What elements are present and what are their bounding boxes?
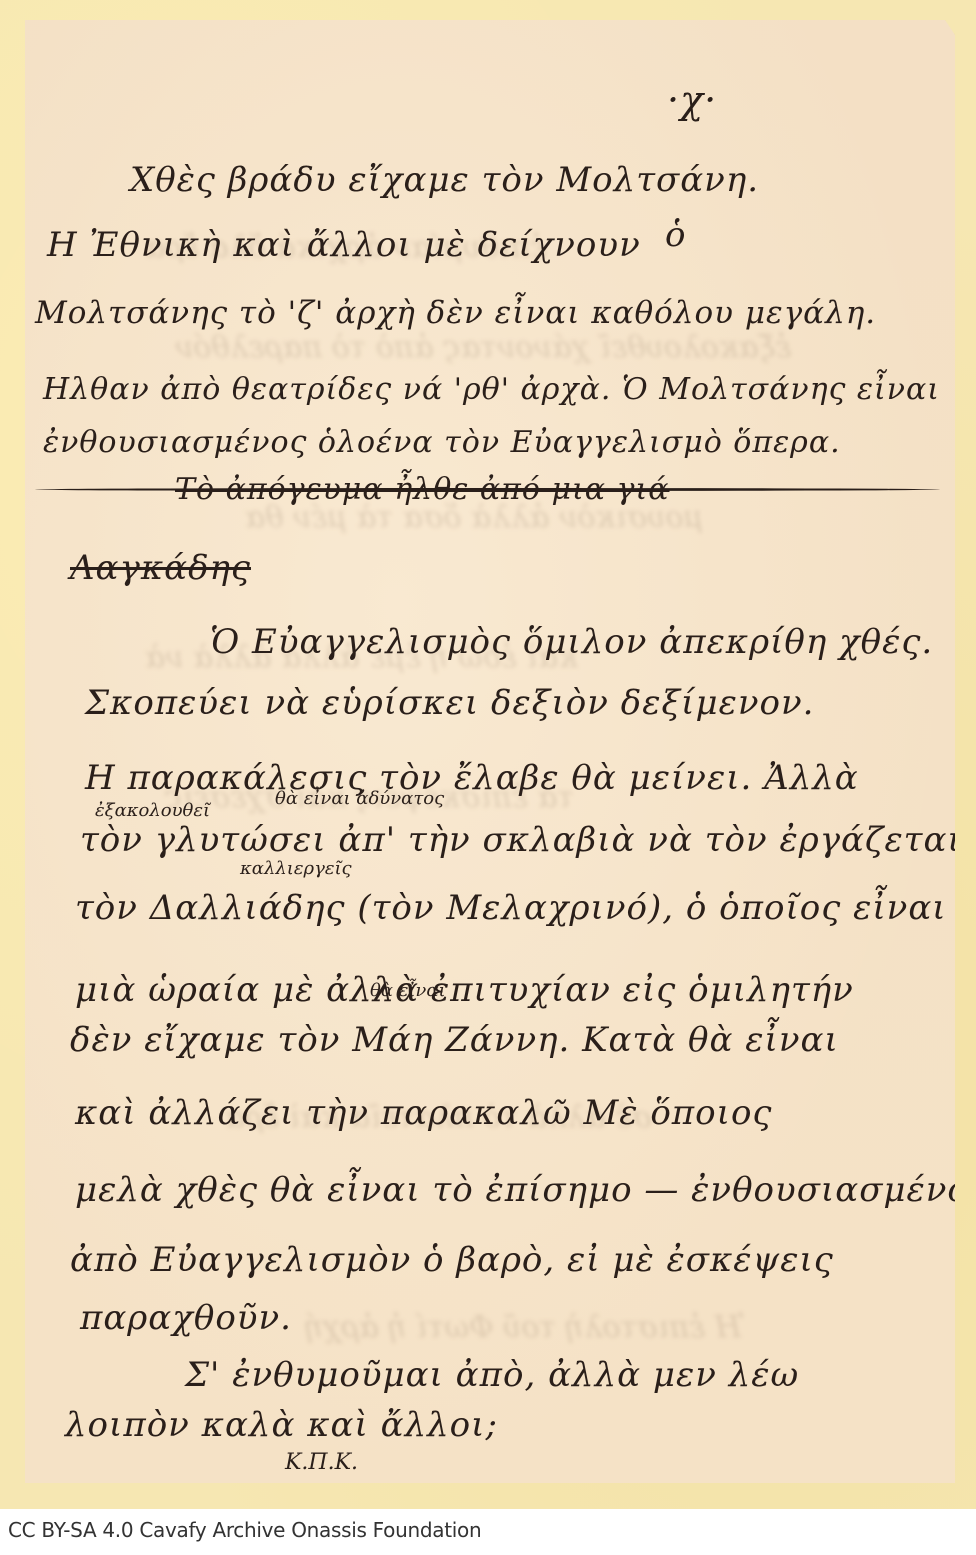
page-marker: ·χ·	[667, 78, 717, 122]
manuscript-line: μελὰ χθὲς θὰ εἶναι τὸ ἐπίσημο — ἐνθουσια…	[75, 1170, 976, 1210]
manuscript-line: Σ' ἐνθυμοῦμαι ἀπὸ, ἀλλὰ μεν λέω	[185, 1355, 799, 1395]
signature-initials: Κ.Π.Κ.	[285, 1450, 358, 1475]
manuscript-line: Ὁ Εὐαγγελισμὸς ὅμιλον ἀπεκρίθη χθές.	[210, 622, 933, 662]
manuscript-line: παραχθοῦν.	[80, 1298, 292, 1338]
manuscript-line: μιὰ ὡραία μὲ ἀλλὰ ἐπιτυχίαν εἰς ὁμιλητήν	[75, 970, 854, 1010]
manuscript-line: τὸν Δαλλιάδης (τὸν Μελαχρινό), ὁ ὁποῖος …	[75, 888, 947, 928]
manuscript-line: Χθὲς βράδυ εἴχαμε τὸν Μολτσάνη.	[130, 160, 759, 200]
manuscript-line-suffix: ὁ	[665, 215, 686, 255]
manuscript-line: καὶ ἀλλάζει τὴν παρακαλῶ Μὲ ὅποιος	[75, 1093, 772, 1133]
section-divider-line	[35, 488, 940, 491]
bleedthrough-text: Ἡ ἐπιστολὴ τοῦ Φωτί ἡ ἀρχή	[305, 1310, 744, 1345]
license-caption: CC BY-SA 4.0 Cavafy Archive Onassis Foun…	[8, 1518, 481, 1542]
interlinear-annotation: θὰ εἶναι ἀδύνατος	[275, 788, 444, 809]
manuscript-line: ἐνθουσιασμένος ὁλοένα τὸν Εὐαγγελισμὸ ὅπ…	[43, 425, 841, 460]
interlinear-annotation: ἐξακολουθεῖ	[95, 800, 210, 821]
manuscript-line: λοιπὸν καλὰ καὶ ἄλλοι;	[65, 1405, 498, 1445]
manuscript-line: Ηλθαν ἀπὸ θεατρίδες νά 'ρθ' ἀρχὰ. Ὁ Μολτ…	[43, 372, 940, 407]
struck-heading: Λαγκάδης	[70, 548, 251, 588]
manuscript-line: Σκοπεύει νὰ εὑρίσκει δεξιὸν δεξίμενον.	[85, 683, 814, 723]
interlinear-annotation: καλλιεργεῖς	[240, 858, 352, 879]
manuscript-line: δὲν εἴχαμε τὸν Μάη Ζάννη. Κατὰ θὰ εἶναι	[70, 1020, 839, 1060]
manuscript-line: ἀπὸ Εὐαγγελισμὸν ὁ βαρὸ, εἰ μὲ ἐσκέψεις	[70, 1240, 834, 1280]
manuscript-line: Μολτσάνης τὸ 'ζ' ἀρχὴ δὲν εἶναι καθόλου …	[35, 295, 876, 331]
interlinear-annotation: θὰ εἶναι	[370, 980, 446, 1001]
manuscript-line: Η παρακάλεσις τὸν ἔλαβε θὰ μείνει. Ἀλλὰ	[85, 758, 859, 798]
manuscript-page: ἐπιθυμίαν ἀρχικά ὅλα ἔρα ἐξακολουθεῖ χάν…	[25, 20, 955, 1483]
bleedthrough-text: ἐξακολουθεῖ χάνοντας ἀπὸ τὸ παρελθόν	[175, 330, 791, 365]
manuscript-line: Η Ἐθνικὴ καὶ ἄλλοι μὲ δείχνουν	[47, 225, 641, 265]
manuscript-line: τὸν γλυτώσει ἀπ' τὴν σκλαβιὰ νὰ τὸν ἐργά…	[80, 820, 962, 860]
